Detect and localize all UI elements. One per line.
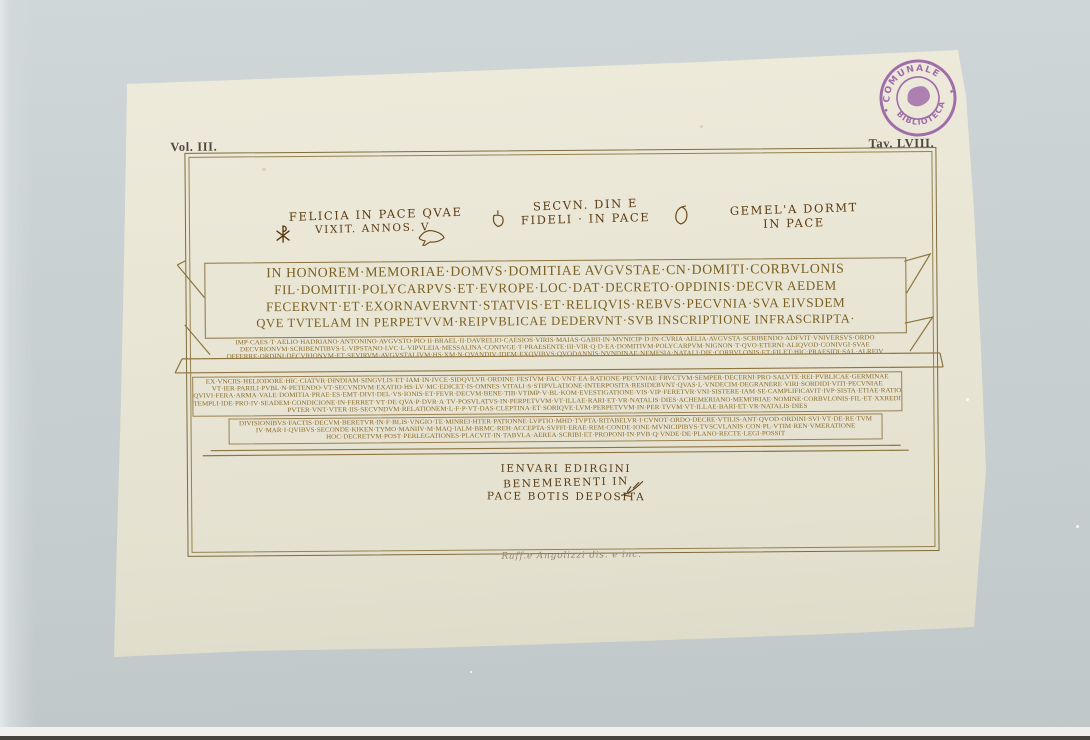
base-upper-block: EX·VNCIIS·HELIODORE·HIC·CIATVR·DINDIAM·S… — [192, 371, 902, 417]
leaf-sprig-icon — [619, 477, 647, 499]
stamp-emblem — [905, 84, 932, 109]
base-lower-block: DIVISIONIBVS·FACTIS·DECVM·BERETVR·IN·F·B… — [228, 413, 882, 444]
dust-speck — [470, 671, 472, 673]
photo-bottom-border — [0, 727, 1090, 736]
foxing-spot — [700, 125, 703, 128]
monument-linework — [148, 127, 952, 583]
photo-bottom-edge — [0, 736, 1090, 740]
engraved-plate: Vol. III. Tav. LVIII. FELICIA IN PACE QV… — [148, 127, 952, 583]
dust-speck — [1076, 525, 1079, 528]
dust-speck — [966, 398, 969, 401]
photograph-of-engraved-plate: Vol. III. Tav. LVIII. FELICIA IN PACE QV… — [0, 0, 1090, 740]
